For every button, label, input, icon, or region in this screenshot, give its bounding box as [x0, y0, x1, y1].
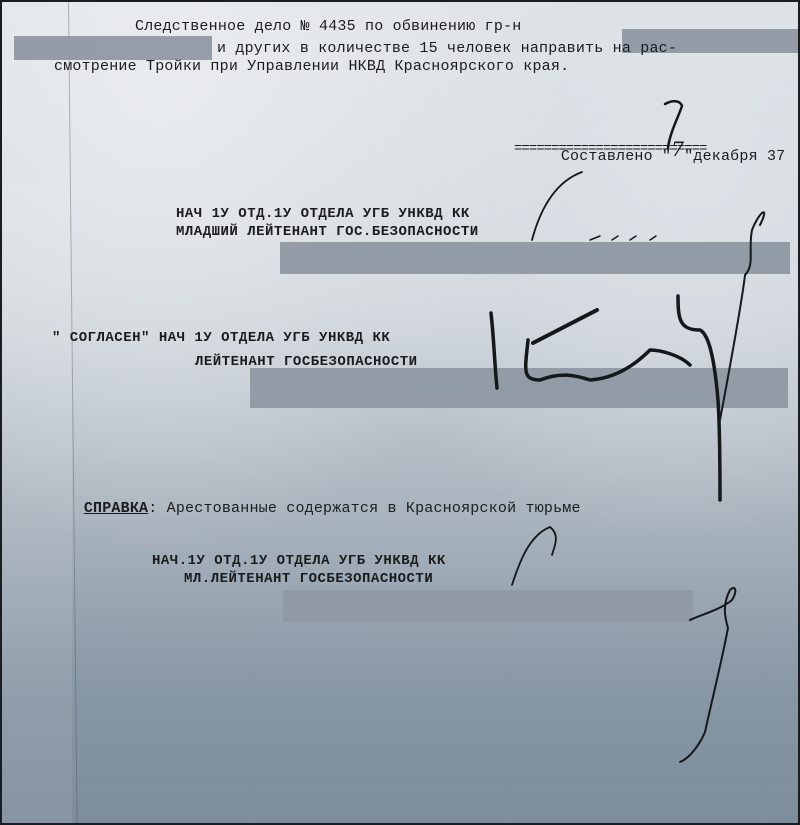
compiled-separator: ========================== — [514, 141, 706, 157]
header-line-3: смотрение Тройки при Управлении НКВД Кра… — [54, 58, 569, 75]
signature-block-3-rank: МЛ.ЛЕЙТЕНАНТ ГОСБЕЗОПАСНОСТИ — [184, 571, 433, 587]
signature-block-2-title: " СОГЛАСЕН" НАЧ 1У ОТДЕЛА УГБ УНКВД КК — [52, 330, 390, 346]
redaction-bar-signer-1 — [280, 242, 790, 274]
note-label: СПРАВКА — [84, 500, 148, 517]
note-line: СПРАВКА: Арестованные содержатся в Красн… — [47, 483, 581, 534]
signature-block-1-title: НАЧ 1У ОТД.1У ОТДЕЛА УГБ УНКВД КК — [176, 206, 470, 222]
header-line-2: и других в количестве 15 человек направи… — [217, 40, 677, 57]
redaction-bar-signer-2 — [250, 368, 788, 408]
document-page: Следственное дело № 4435 по обвинению гр… — [2, 2, 798, 823]
redaction-bar-name-2 — [14, 36, 212, 60]
signature-block-3-title: НАЧ.1У ОТД.1У ОТДЕЛА УГБ УНКВД КК — [152, 553, 446, 569]
note-text: : Арестованные содержатся в Красноярской… — [148, 500, 580, 517]
signature-block-1-rank: МЛАДШИЙ ЛЕЙТЕНАНТ ГОС.БЕЗОПАСНОСТИ — [176, 224, 479, 240]
header-line-1: Следственное дело № 4435 по обвинению гр… — [135, 18, 521, 35]
redaction-bar-signer-3 — [283, 590, 693, 622]
